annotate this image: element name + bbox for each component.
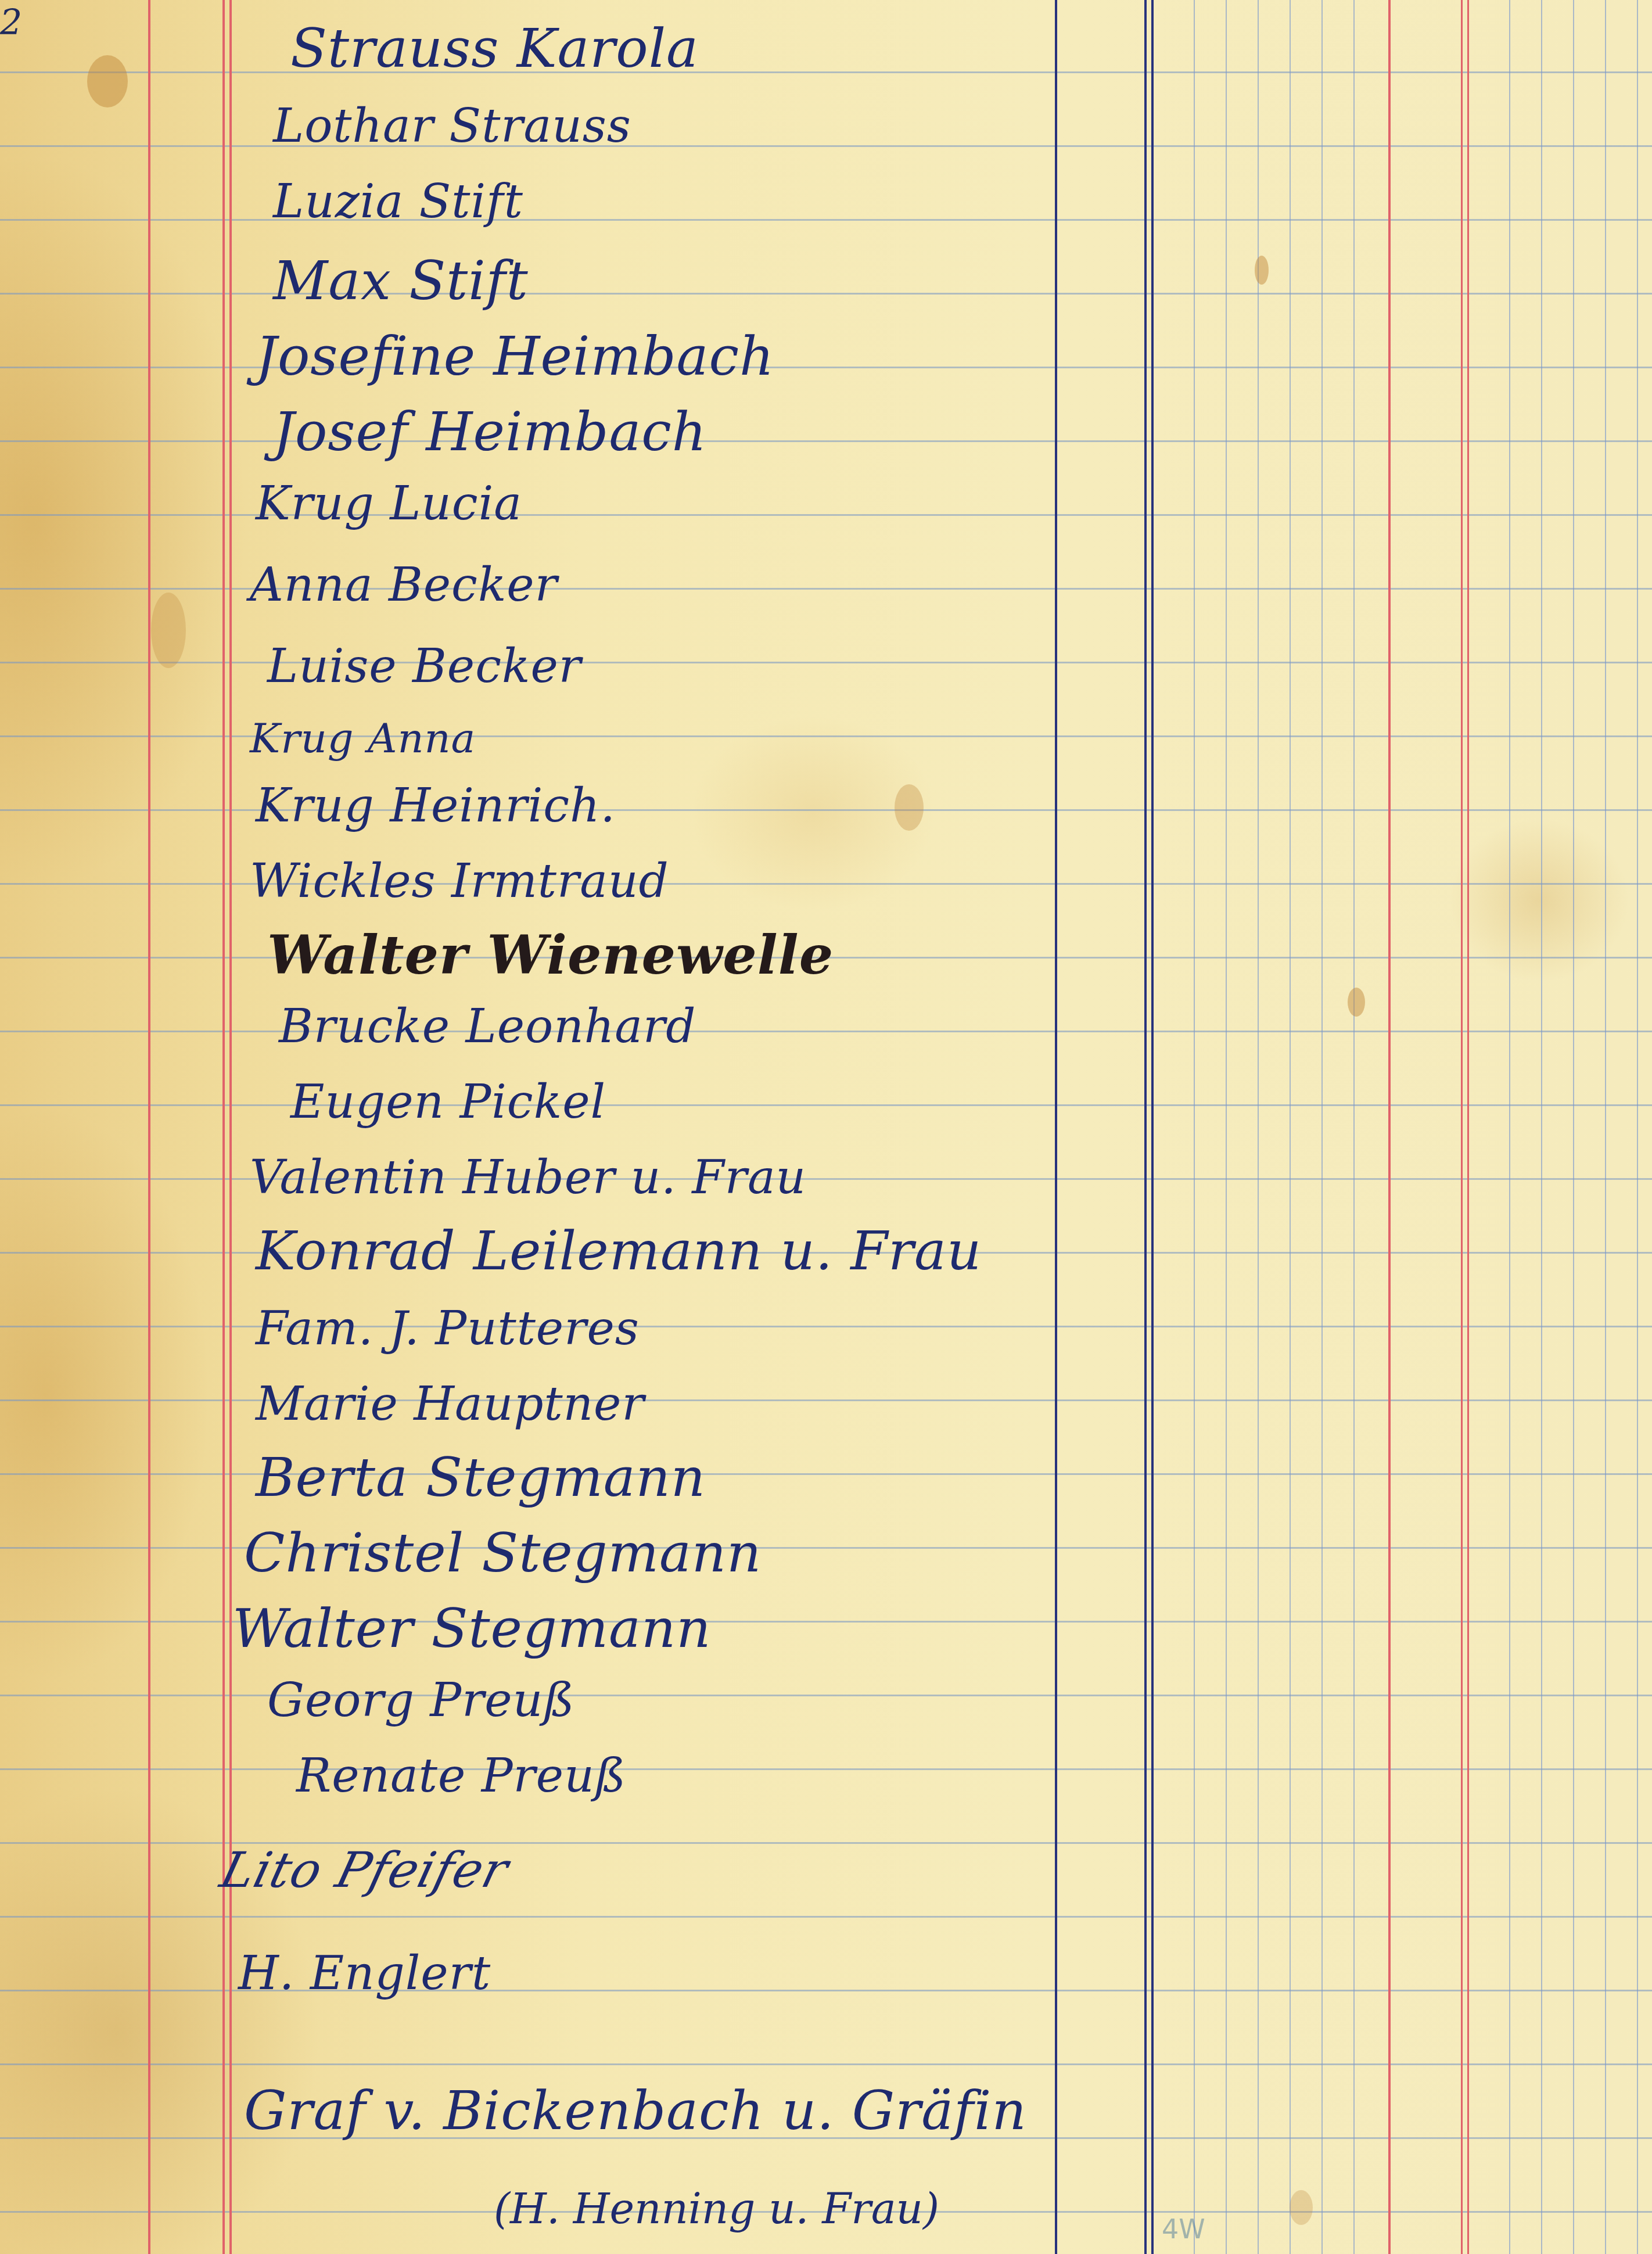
column-line-red-double-b bbox=[1467, 0, 1469, 2254]
stain bbox=[1290, 2190, 1313, 2225]
pencil-mark: 4W bbox=[1162, 2213, 1205, 2245]
horizontal-ruling bbox=[0, 0, 1652, 2254]
grid-line bbox=[1194, 0, 1195, 2254]
grid-line bbox=[1290, 0, 1291, 2254]
stain bbox=[895, 784, 924, 831]
stain bbox=[1255, 256, 1269, 285]
column-line-navy bbox=[1055, 0, 1057, 2254]
signature-entry: Lito Pfeifer bbox=[215, 1842, 514, 1898]
guest-entry: Strauss Karola bbox=[290, 17, 699, 80]
guest-entry: Walter Stegmann bbox=[232, 1598, 711, 1660]
margin-line-red-double-a bbox=[222, 0, 225, 2254]
guest-entry: H. Englert bbox=[238, 1946, 491, 2000]
column-line-navy-double-b bbox=[1151, 0, 1154, 2254]
grid-line bbox=[1353, 0, 1355, 2254]
guest-entry: Krug Lucia bbox=[256, 476, 522, 530]
guest-entry: Brucke Leonhard bbox=[279, 999, 696, 1053]
stain bbox=[151, 593, 186, 668]
margin-line-red bbox=[148, 0, 150, 2254]
guest-entry: Christel Stegmann bbox=[244, 1522, 762, 1584]
guest-entry: Josef Heimbach bbox=[273, 401, 707, 463]
grid-line bbox=[1226, 0, 1227, 2254]
guest-entry: Wickles Irmtraud bbox=[250, 854, 669, 908]
column-line-navy-double-a bbox=[1144, 0, 1147, 2254]
guest-entry: Lothar Strauss bbox=[273, 99, 631, 153]
guest-entry: Krug Anna bbox=[250, 715, 476, 762]
footnote: (H. Henning u. Frau) bbox=[494, 2184, 939, 2233]
grid-line bbox=[1573, 0, 1574, 2254]
guest-entry: Fam. J. Putteres bbox=[256, 1301, 640, 1355]
grid-line bbox=[1321, 0, 1323, 2254]
guest-entry: Luzia Stift bbox=[273, 174, 523, 228]
grid-line bbox=[1258, 0, 1259, 2254]
guest-entry: Krug Heinrich. bbox=[256, 778, 616, 832]
page-number: 2 bbox=[0, 2, 22, 43]
guest-entry: Renate Preuß bbox=[296, 1749, 626, 1803]
stain bbox=[1348, 988, 1365, 1017]
grid-line bbox=[1509, 0, 1510, 2254]
column-line-red bbox=[1388, 0, 1391, 2254]
grid-line bbox=[1605, 0, 1606, 2254]
grid-line bbox=[1541, 0, 1542, 2254]
guest-entry: Georg Preuß bbox=[267, 1673, 575, 1727]
margin-line-red-double-b bbox=[229, 0, 232, 2254]
guest-entry: Graf v. Bickenbach u. Gräfin bbox=[244, 2080, 1027, 2142]
guest-entry: Berta Stegmann bbox=[256, 1447, 706, 1509]
guest-entry: Josefine Heimbach bbox=[256, 325, 774, 387]
guest-entry: Konrad Leilemann u. Frau bbox=[256, 1220, 982, 1282]
guest-entry: Eugen Pickel bbox=[290, 1075, 606, 1129]
guest-entry: Luise Becker bbox=[267, 639, 581, 693]
guest-entry: Max Stift bbox=[273, 250, 529, 312]
guest-entry: Valentin Huber u. Frau bbox=[250, 1150, 806, 1204]
column-line-red-double-a bbox=[1461, 0, 1463, 2254]
guest-entry: Walter Wienewelle bbox=[267, 924, 834, 986]
guest-entry: Anna Becker bbox=[250, 558, 558, 612]
grid-line bbox=[1637, 0, 1638, 2254]
guest-entry: Marie Hauptner bbox=[256, 1377, 645, 1431]
stain bbox=[87, 55, 128, 107]
ledger-page: 2 Strauss Karola Lothar Strauss Luzia St… bbox=[0, 0, 1652, 2254]
